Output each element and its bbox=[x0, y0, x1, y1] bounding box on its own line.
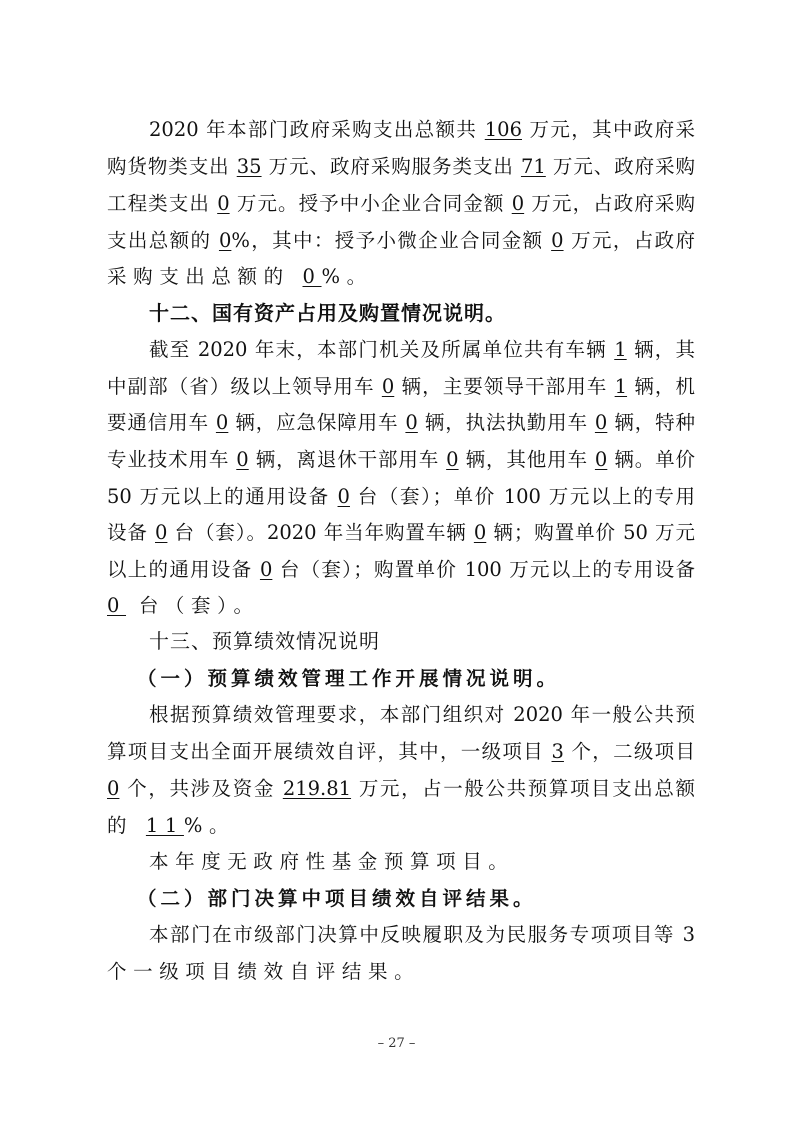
text-line: 2020 年本部门政府采购支出总额共 106 万元，其中政府采 bbox=[149, 111, 695, 148]
text-line: 购货物类支出 35 万元、政府采购服务类支出 71 万元、政府采购 bbox=[107, 148, 695, 185]
page-number: – 27 – bbox=[0, 1036, 793, 1051]
underlined-value: 0 bbox=[219, 229, 231, 252]
text-line: 截至 2020 年末，本部门机关及所属单位共有车辆 1 辆，其 bbox=[149, 331, 695, 368]
text-line: 工程类支出 0 万元。授予中小企业合同金额 0 万元，占政府采购 bbox=[107, 185, 695, 222]
text-line: 要通信用车 0 辆，应急保障用车 0 辆，执法执勤用车 0 辆，特种 bbox=[107, 404, 695, 441]
underlined-value: 0 bbox=[216, 411, 228, 434]
text-line: 以上的通用设备 0 台（套）；购置单价 100 万元以上的专用设备 bbox=[107, 551, 695, 588]
underlined-value: 0 bbox=[474, 521, 486, 544]
underlined-value: 0 bbox=[236, 448, 248, 471]
underlined-value: 1 bbox=[614, 338, 626, 361]
text-line: 本年度无政府性基金预算项目。 bbox=[149, 843, 514, 880]
underlined-value: 0 bbox=[155, 521, 167, 544]
underlined-value: 0 bbox=[303, 265, 322, 288]
underlined-value: 0 bbox=[512, 192, 524, 215]
text-line: 中副部（省）级以上领导用车 0 辆，主要领导干部用车 1 辆，机 bbox=[107, 368, 695, 405]
underlined-value: 106 bbox=[485, 118, 522, 141]
underlined-value: 0 bbox=[405, 411, 417, 434]
underlined-value: 0 bbox=[551, 229, 563, 252]
subsection-heading-2: （二）部门决算中项目绩效自评结果。 bbox=[137, 880, 537, 917]
text-line: 0 台（套）。 bbox=[107, 587, 260, 624]
section-heading-12: 十二、国有资产占用及购置情况说明。 bbox=[149, 295, 506, 332]
underlined-value: 0 bbox=[217, 192, 229, 215]
underlined-value: 35 bbox=[237, 155, 262, 178]
text-line: 算项目支出全面开展绩效自评，其中，一级项目 3 个，二级项目 bbox=[107, 733, 695, 770]
underlined-value: 0 bbox=[595, 411, 607, 434]
text-line: 本部门在市级部门决算中反映履职及为民服务专项项目等 3 bbox=[149, 916, 695, 953]
underlined-value: 1 bbox=[615, 375, 627, 398]
underlined-value: 0 bbox=[382, 375, 394, 398]
underlined-value: 0 bbox=[260, 558, 272, 581]
text-line: 支出总额的 0%，其中：授予小微企业合同金额 0 万元，占政府 bbox=[107, 222, 695, 259]
text-line: 采购支出总额的 0%。 bbox=[107, 258, 373, 295]
underlined-value: 219.81 bbox=[283, 777, 351, 800]
underlined-value: 0 bbox=[446, 448, 458, 471]
text-line: 的 11%。 bbox=[107, 807, 235, 844]
underlined-value: 71 bbox=[521, 155, 546, 178]
section-heading-13: 十三、预算绩效情况说明 bbox=[149, 623, 380, 660]
text-line: 设备 0 台（套）。2020 年当年购置车辆 0 辆；购置单价 50 万元 bbox=[107, 514, 695, 551]
underlined-value: 0 bbox=[338, 485, 350, 508]
underlined-value: 3 bbox=[552, 740, 564, 763]
underlined-value: 11 bbox=[146, 814, 184, 837]
text-line: 专业技术用车 0 辆，离退休干部用车 0 辆，其他用车 0 辆。单价 bbox=[107, 441, 695, 478]
subsection-heading-1: （一）预算绩效管理工作开展情况说明。 bbox=[137, 660, 560, 697]
text-line: 0 个，共涉及资金 219.81 万元，占一般公共预算项目支出总额 bbox=[107, 770, 695, 807]
text-line: 个一级项目绩效自评结果。 bbox=[107, 953, 420, 990]
underlined-value: 0 bbox=[107, 777, 119, 800]
underlined-value: 0 bbox=[107, 594, 126, 617]
underlined-value: 0 bbox=[595, 448, 607, 471]
text-line: 50 万元以上的通用设备 0 台（套）；单价 100 万元以上的专用 bbox=[107, 478, 695, 515]
text-line: 根据预算绩效管理要求，本部门组织对 2020 年一般公共预 bbox=[149, 696, 695, 733]
